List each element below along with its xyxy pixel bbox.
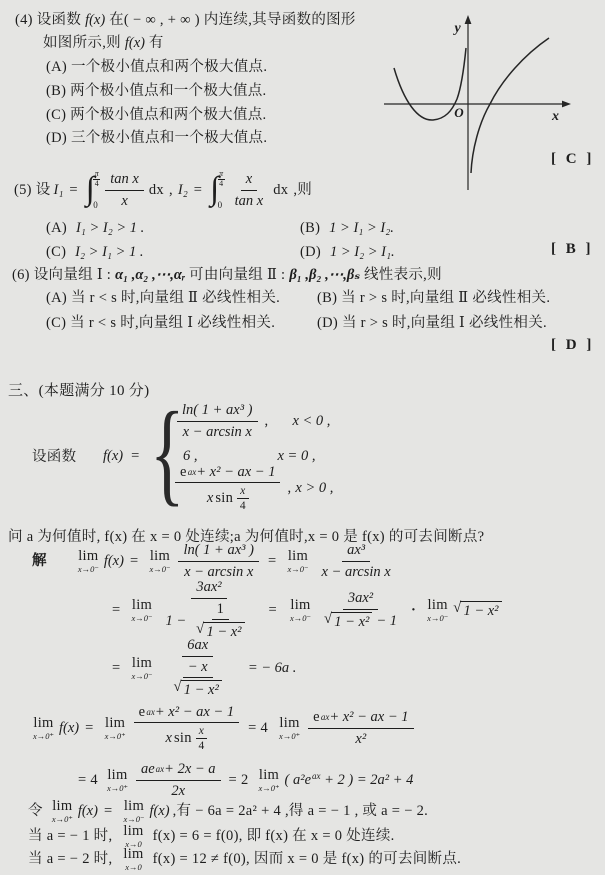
exponent-ax: ax: [146, 707, 155, 717]
q5-option-b: (B) 1 > I₁ > I₂.: [300, 218, 394, 238]
q4-option-b: (B) 两个极小值点和一个极大值点.: [46, 81, 266, 101]
s3-inner-fraction: − x √1 − x²: [169, 659, 227, 699]
lim-x-to-0-minus: limx→0⁻: [427, 598, 448, 623]
equals: =: [112, 658, 120, 678]
lim-x-to-0-plus: limx→0⁺: [33, 716, 54, 741]
fx: f(x): [104, 551, 124, 571]
sec3-lead: 设函数: [32, 447, 76, 467]
s1-fraction-2: ax³ x − arcsin x: [316, 542, 395, 580]
section3-heading: 三、(本题满分 10 分): [8, 381, 149, 402]
q4-fx: f(x): [125, 35, 145, 51]
fx: f(x): [59, 718, 79, 738]
equals: =: [130, 551, 138, 571]
q6-option-d: (D) 当 r > s 时,向量组 Ⅰ 必线性相关.: [317, 313, 547, 333]
s2-inner-fraction: 1 √1 − x²: [191, 601, 249, 641]
graph-x-label: x: [551, 109, 559, 124]
lim-x-to-0-plus: limx→0⁺: [279, 716, 300, 741]
integral-1: ∫ π 4 0: [86, 170, 100, 210]
q4-stem-line1: (4) 设函数 f(x) 在( − ∞ , + ∞ ) 内连续,其导函数的图形: [15, 10, 356, 30]
q5-answer: [ B ]: [551, 239, 594, 260]
integral-2: ∫ π 4 0: [210, 170, 224, 210]
q4-fx: f(x): [85, 12, 105, 28]
s8-pre: 当 a = − 2 时,: [28, 849, 112, 869]
integral-upper-limit: π 4: [93, 170, 100, 188]
s4-fraction-2: eax + x² − ax − 1 x²: [308, 709, 413, 747]
e: e: [139, 704, 146, 721]
sqrt-1-minus-x2: √1 − x²: [453, 601, 501, 620]
q6-option-a: (A) 当 r < s 时,向量组 Ⅱ 必线性相关.: [46, 288, 280, 308]
comma: ,: [287, 478, 291, 498]
integral-lower-limit: 0: [93, 201, 100, 210]
s5-fraction: aeax + 2x − a 2x: [136, 761, 221, 799]
exponent-ax: ax: [312, 771, 321, 781]
q4-stem-line1-post: 在( − ∞ , + ∞ ) 内连续,其导函数的图形: [105, 12, 356, 28]
graph-y-label: y: [452, 21, 461, 36]
s5-tail: ( a²eax + 2 ) = 2a² + 4: [285, 770, 414, 790]
q5-option-a: (A) I₁ > I₂ > 1 .: [46, 218, 144, 238]
equals: =: [85, 718, 93, 738]
q4-stem-line2-post: 有: [145, 35, 164, 51]
sqrt-1-minus-x2: √1 − x²: [174, 680, 222, 699]
s3-fraction: 6ax − x √1 − x²: [161, 637, 235, 699]
ling-label: 令: [28, 801, 43, 821]
q4-stem-line1-pre: (4) 设函数: [15, 12, 85, 28]
solution-line-8: 当 a = − 2 时, limx→0 f(x) = 12 ≠ f(0), 因而…: [28, 844, 461, 874]
q5-stem-post: ,则: [293, 180, 312, 200]
derivative-graph: y x O: [372, 14, 587, 196]
dx: dx: [273, 180, 288, 200]
mini-frac-x-over-4: x 4: [196, 725, 207, 752]
lim-x-to-0-plus: limx→0⁺: [52, 799, 73, 824]
lim-x-to-0-minus: limx→0⁻: [290, 598, 311, 623]
lim-x-to-0-plus: limx→0⁺: [259, 768, 280, 793]
case-3-fraction: eax + x² − ax − 1 xsin x 4: [175, 464, 280, 513]
q6-option-b: (B) 当 r > s 时,向量组 Ⅱ 必线性相关.: [317, 288, 550, 308]
q6-stem: (6) 设向量组 Ⅰ : α₁ ,α₂ ,⋯,αᵣ 可由向量组 Ⅱ : β₁ ,…: [12, 265, 442, 285]
multiplication-dot: ·: [411, 600, 416, 620]
comma: ,: [169, 180, 173, 200]
s3-result: = − 6a .: [248, 658, 297, 678]
fx: f(x): [149, 801, 169, 821]
equals: =: [104, 801, 112, 821]
q6-option-c: (C) 当 r < s 时,向量组 Ⅰ 必线性相关.: [46, 313, 275, 333]
graph-origin-label: O: [454, 105, 464, 120]
q4-option-c: (C) 两个极小值点和两个极大值点.: [46, 105, 266, 125]
q6-answer: [ D ]: [551, 335, 594, 356]
q5-i2: I₂: [178, 180, 188, 200]
comma: ,: [265, 411, 269, 431]
q4-option-d: (D) 三个极小值点和一个极大值点.: [46, 128, 267, 148]
curve-right-branch: [471, 38, 549, 173]
q4-stem-line2: 如图所示,则 f(x) 有: [43, 33, 164, 53]
dx: dx: [149, 180, 164, 200]
equals: =: [69, 180, 77, 200]
case-1: ln( 1 + ax³ ) x − arcsin x , x < 0 ,: [174, 402, 330, 440]
solution-line-4: limx→0⁺ f(x) = limx→0⁺ eax + x² − ax − 1…: [28, 703, 417, 753]
s6-rest: ,有 − 6a = 2a² + 4 ,得 a = − 1 , 或 a = − 2…: [173, 801, 429, 821]
exponent-ax: ax: [188, 467, 197, 477]
solution-line-1: 解 limx→0⁻ f(x) = limx→0⁻ ln( 1 + ax³ ) x…: [32, 542, 399, 580]
lim-x-to-0-minus: limx→0⁻: [131, 656, 152, 681]
q5-frac-2: x tan x: [230, 171, 269, 209]
equals-2: = 2: [229, 770, 249, 790]
lim-x-to-0-plus: limx→0⁺: [105, 716, 126, 741]
q5-frac-1: tan x x: [105, 171, 144, 209]
equals: =: [269, 600, 277, 620]
equals-4: = 4: [78, 770, 98, 790]
q5-option-c: (C) I₂ > I₁ > 1 .: [46, 242, 143, 262]
x-axis-arrow-icon: [562, 101, 571, 108]
lim-x-to-0-minus: limx→0⁻: [123, 799, 144, 824]
e: e: [313, 709, 320, 726]
jie-label: 解: [32, 551, 47, 571]
q4-stem-line2-pre: 如图所示,则: [43, 35, 125, 51]
solution-line-3: = limx→0⁻ 6ax − x √1 − x² = − 6a .: [112, 638, 296, 698]
integral-lower-limit: 0: [218, 201, 225, 210]
q4-option-a: (A) 一个极小值点和两个极大值点.: [46, 57, 267, 77]
integral-upper-limit: π 4: [218, 170, 225, 188]
fx: f(x): [103, 446, 123, 466]
equals-4: = 4: [248, 718, 268, 738]
e: e: [180, 464, 187, 481]
s8-post: f(x) = 12 ≠ f(0), 因而 x = 0 是 f(x) 的可去间断点…: [153, 849, 461, 869]
equals: =: [268, 551, 276, 571]
mini-frac-x-over-4: x 4: [237, 485, 248, 512]
sqrt-1-minus-x2: √1 − x²: [324, 612, 372, 631]
fx: f(x): [78, 801, 98, 821]
s2-fraction-1: 3ax² 1 − 1 √1 − x²: [161, 579, 258, 641]
solution-line-2: = limx→0⁻ 3ax² 1 − 1 √1 − x² = limx→0⁻ 3…: [112, 582, 502, 638]
q6-alphas: α₁ ,α₂ ,⋯,αᵣ: [115, 267, 185, 283]
lim-x-to-0-plus: limx→0⁺: [107, 768, 128, 793]
sec3-fx-equals: f(x) =: [103, 446, 140, 466]
equals: =: [131, 446, 139, 466]
q5-stem-pre: (5) 设: [14, 180, 51, 200]
lim-x-to-0: limx→0: [123, 847, 143, 872]
scanned-exam-page: (4) 设函数 f(x) 在( − ∞ , + ∞ ) 内连续,其导函数的图形 …: [0, 0, 605, 875]
q6-betas: β₁ ,β₂ ,⋯,βₛ: [289, 267, 360, 283]
q5-option-d: (D) 1 > I₂ > I₁.: [300, 242, 395, 262]
s2-fraction-2: 3ax² √1 − x² − 1: [319, 590, 402, 630]
case-1-fraction: ln( 1 + ax³ ) x − arcsin x: [177, 402, 258, 440]
case-3: eax + x² − ax − 1 xsin x 4 , x > 0 ,: [172, 463, 333, 513]
lim-x-to-0-minus: limx→0⁻: [287, 549, 308, 574]
q5-i1: I₁: [54, 180, 64, 200]
q5-stem: (5) 设 I₁ = ∫ π 4 0 tan x x dx , I₂ = ∫ π: [14, 168, 312, 212]
lim-x-to-0-minus: limx→0⁻: [131, 598, 152, 623]
case-3-condition: x > 0 ,: [295, 478, 333, 498]
exponent-ax: ax: [321, 712, 330, 722]
case-1-condition: x < 0 ,: [292, 411, 330, 431]
equals: =: [194, 180, 202, 200]
exponent-ax: ax: [156, 764, 165, 774]
s1-fraction-1: ln( 1 + ax³ ) x − arcsin x: [178, 542, 259, 580]
lim-x-to-0-minus: limx→0⁻: [78, 549, 99, 574]
lim-x-to-0-minus: limx→0⁻: [149, 549, 170, 574]
y-axis-arrow-icon: [465, 15, 472, 24]
s4-fraction-1: eax + x² − ax − 1 xsin x 4: [134, 704, 239, 753]
equals: =: [112, 600, 120, 620]
